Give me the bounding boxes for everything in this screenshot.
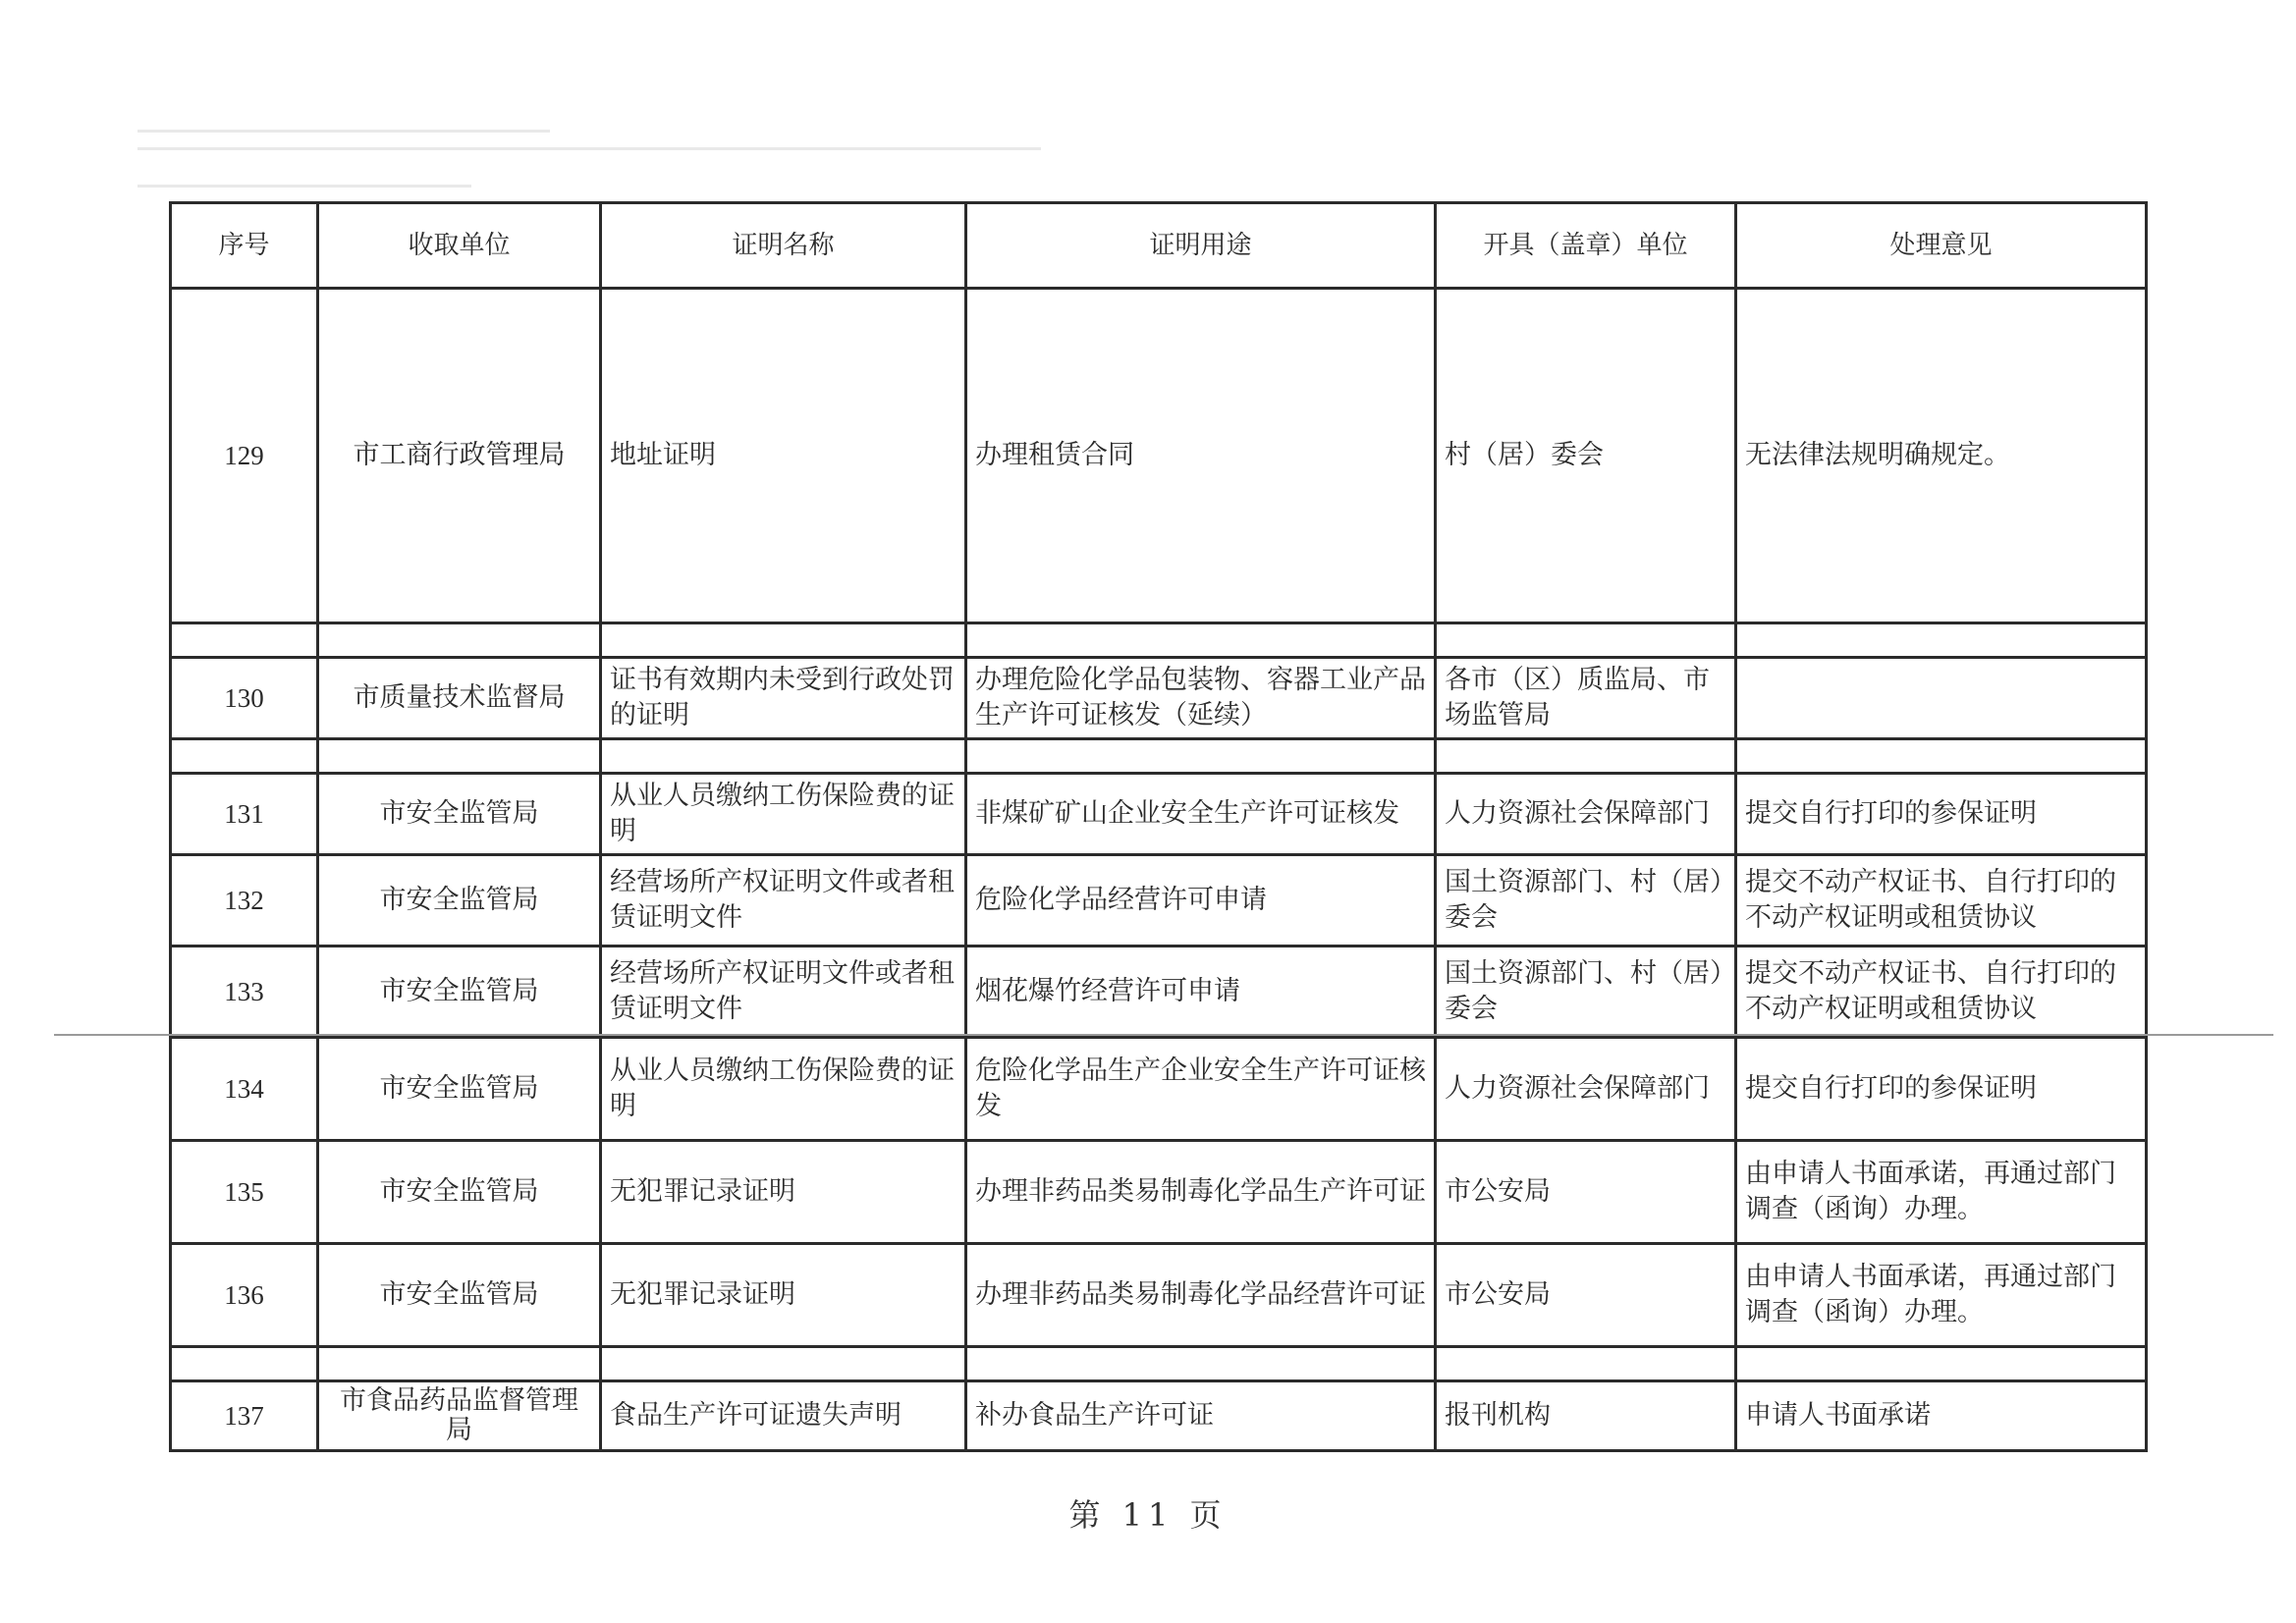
row-unit: 市食品药品监督管理局 — [318, 1381, 601, 1451]
row-cert: 证书有效期内未受到行政处罚的证明 — [601, 658, 966, 739]
certificate-table: 序号 收取单位 证明名称 证明用途 开具（盖章）单位 处理意见 129 市工商行… — [169, 201, 2148, 1452]
row-cert: 从业人员缴纳工伤保险费的证明 — [601, 774, 966, 855]
bleed-through-line — [137, 147, 1041, 150]
row-purpose: 危险化学品生产企业安全生产许可证核发 — [966, 1038, 1436, 1141]
row-purpose: 办理非药品类易制毒化学品经营许可证 — [966, 1244, 1436, 1347]
row-cert: 经营场所产权证明文件或者租赁证明文件 — [601, 855, 966, 947]
row-issuer: 市公安局 — [1436, 1244, 1736, 1347]
row-no: 136 — [171, 1244, 318, 1347]
row-issuer: 市公安局 — [1436, 1141, 1736, 1244]
row-unit: 市安全监管局 — [318, 1244, 601, 1347]
row-issuer: 报刊机构 — [1436, 1381, 1736, 1451]
row-cert: 无犯罪记录证明 — [601, 1141, 966, 1244]
row-no: 130 — [171, 658, 318, 739]
table-row: 137 市食品药品监督管理局 食品生产许可证遗失声明 补办食品生产许可证 报刊机… — [171, 1381, 2147, 1451]
row-no: 135 — [171, 1141, 318, 1244]
table-row: 130 市质量技术监督局 证书有效期内未受到行政处罚的证明 办理危险化学品包装物… — [171, 658, 2147, 739]
row-opinion: 提交不动产权证书、自行打印的不动产权证明或租赁协议 — [1736, 947, 2147, 1038]
row-opinion: 申请人书面承诺 — [1736, 1381, 2147, 1451]
row-purpose: 危险化学品经营许可申请 — [966, 855, 1436, 947]
table-row: 132 市安全监管局 经营场所产权证明文件或者租赁证明文件 危险化学品经营许可申… — [171, 855, 2147, 947]
row-unit: 市质量技术监督局 — [318, 658, 601, 739]
row-cert: 从业人员缴纳工伤保险费的证明 — [601, 1038, 966, 1141]
table-row: 136 市安全监管局 无犯罪记录证明 办理非药品类易制毒化学品经营许可证 市公安… — [171, 1244, 2147, 1347]
header-issuing-unit: 开具（盖章）单位 — [1436, 203, 1736, 289]
row-unit: 市安全监管局 — [318, 774, 601, 855]
scan-fold-line — [54, 1034, 2273, 1036]
row-unit: 市安全监管局 — [318, 1038, 601, 1141]
empty-row — [171, 623, 2147, 658]
row-opinion: 提交不动产权证书、自行打印的不动产权证明或租赁协议 — [1736, 855, 2147, 947]
row-issuer: 国土资源部门、村（居）委会 — [1436, 855, 1736, 947]
row-issuer: 人力资源社会保障部门 — [1436, 774, 1736, 855]
row-opinion — [1736, 658, 2147, 739]
header-purpose: 证明用途 — [966, 203, 1436, 289]
empty-row — [171, 739, 2147, 774]
empty-row — [171, 1347, 2147, 1381]
row-opinion: 无法律法规明确规定。 — [1736, 289, 2147, 623]
row-purpose: 办理租赁合同 — [966, 289, 1436, 623]
row-no: 133 — [171, 947, 318, 1038]
row-purpose: 办理危险化学品包装物、容器工业产品生产许可证核发（延续） — [966, 658, 1436, 739]
header-opinion: 处理意见 — [1736, 203, 2147, 289]
row-no: 129 — [171, 289, 318, 623]
row-opinion: 由申请人书面承诺，再通过部门调查（函询）办理。 — [1736, 1141, 2147, 1244]
row-cert: 地址证明 — [601, 289, 966, 623]
row-purpose: 非煤矿矿山企业安全生产许可证核发 — [966, 774, 1436, 855]
table-row: 135 市安全监管局 无犯罪记录证明 办理非药品类易制毒化学品生产许可证 市公安… — [171, 1141, 2147, 1244]
table-row: 129 市工商行政管理局 地址证明 办理租赁合同 村（居）委会 无法律法规明确规… — [171, 289, 2147, 623]
header-collecting-unit: 收取单位 — [318, 203, 601, 289]
row-unit: 市工商行政管理局 — [318, 289, 601, 623]
row-opinion: 提交自行打印的参保证明 — [1736, 774, 2147, 855]
row-no: 132 — [171, 855, 318, 947]
header-certificate-name: 证明名称 — [601, 203, 966, 289]
row-issuer: 各市（区）质监局、市场监管局 — [1436, 658, 1736, 739]
bleed-through-line — [137, 130, 550, 133]
row-purpose: 补办食品生产许可证 — [966, 1381, 1436, 1451]
row-no: 134 — [171, 1038, 318, 1141]
row-issuer: 人力资源社会保障部门 — [1436, 1038, 1736, 1141]
row-cert: 无犯罪记录证明 — [601, 1244, 966, 1347]
row-cert: 经营场所产权证明文件或者租赁证明文件 — [601, 947, 966, 1038]
bleed-through-line — [137, 185, 471, 188]
table-row: 134 市安全监管局 从业人员缴纳工伤保险费的证明 危险化学品生产企业安全生产许… — [171, 1038, 2147, 1141]
table-row: 133 市安全监管局 经营场所产权证明文件或者租赁证明文件 烟花爆竹经营许可申请… — [171, 947, 2147, 1038]
row-opinion: 提交自行打印的参保证明 — [1736, 1038, 2147, 1141]
row-no: 131 — [171, 774, 318, 855]
table-row: 131 市安全监管局 从业人员缴纳工伤保险费的证明 非煤矿矿山企业安全生产许可证… — [171, 774, 2147, 855]
row-issuer: 村（居）委会 — [1436, 289, 1736, 623]
row-issuer: 国土资源部门、村（居）委会 — [1436, 947, 1736, 1038]
page-number: 第 11 页 — [0, 1490, 2296, 1536]
row-cert: 食品生产许可证遗失声明 — [601, 1381, 966, 1451]
row-no: 137 — [171, 1381, 318, 1451]
row-unit: 市安全监管局 — [318, 947, 601, 1038]
row-unit: 市安全监管局 — [318, 1141, 601, 1244]
row-purpose: 烟花爆竹经营许可申请 — [966, 947, 1436, 1038]
row-opinion: 由申请人书面承诺，再通过部门调查（函询）办理。 — [1736, 1244, 2147, 1347]
table-header-row: 序号 收取单位 证明名称 证明用途 开具（盖章）单位 处理意见 — [171, 203, 2147, 289]
row-purpose: 办理非药品类易制毒化学品生产许可证 — [966, 1141, 1436, 1244]
header-no: 序号 — [171, 203, 318, 289]
row-unit: 市安全监管局 — [318, 855, 601, 947]
